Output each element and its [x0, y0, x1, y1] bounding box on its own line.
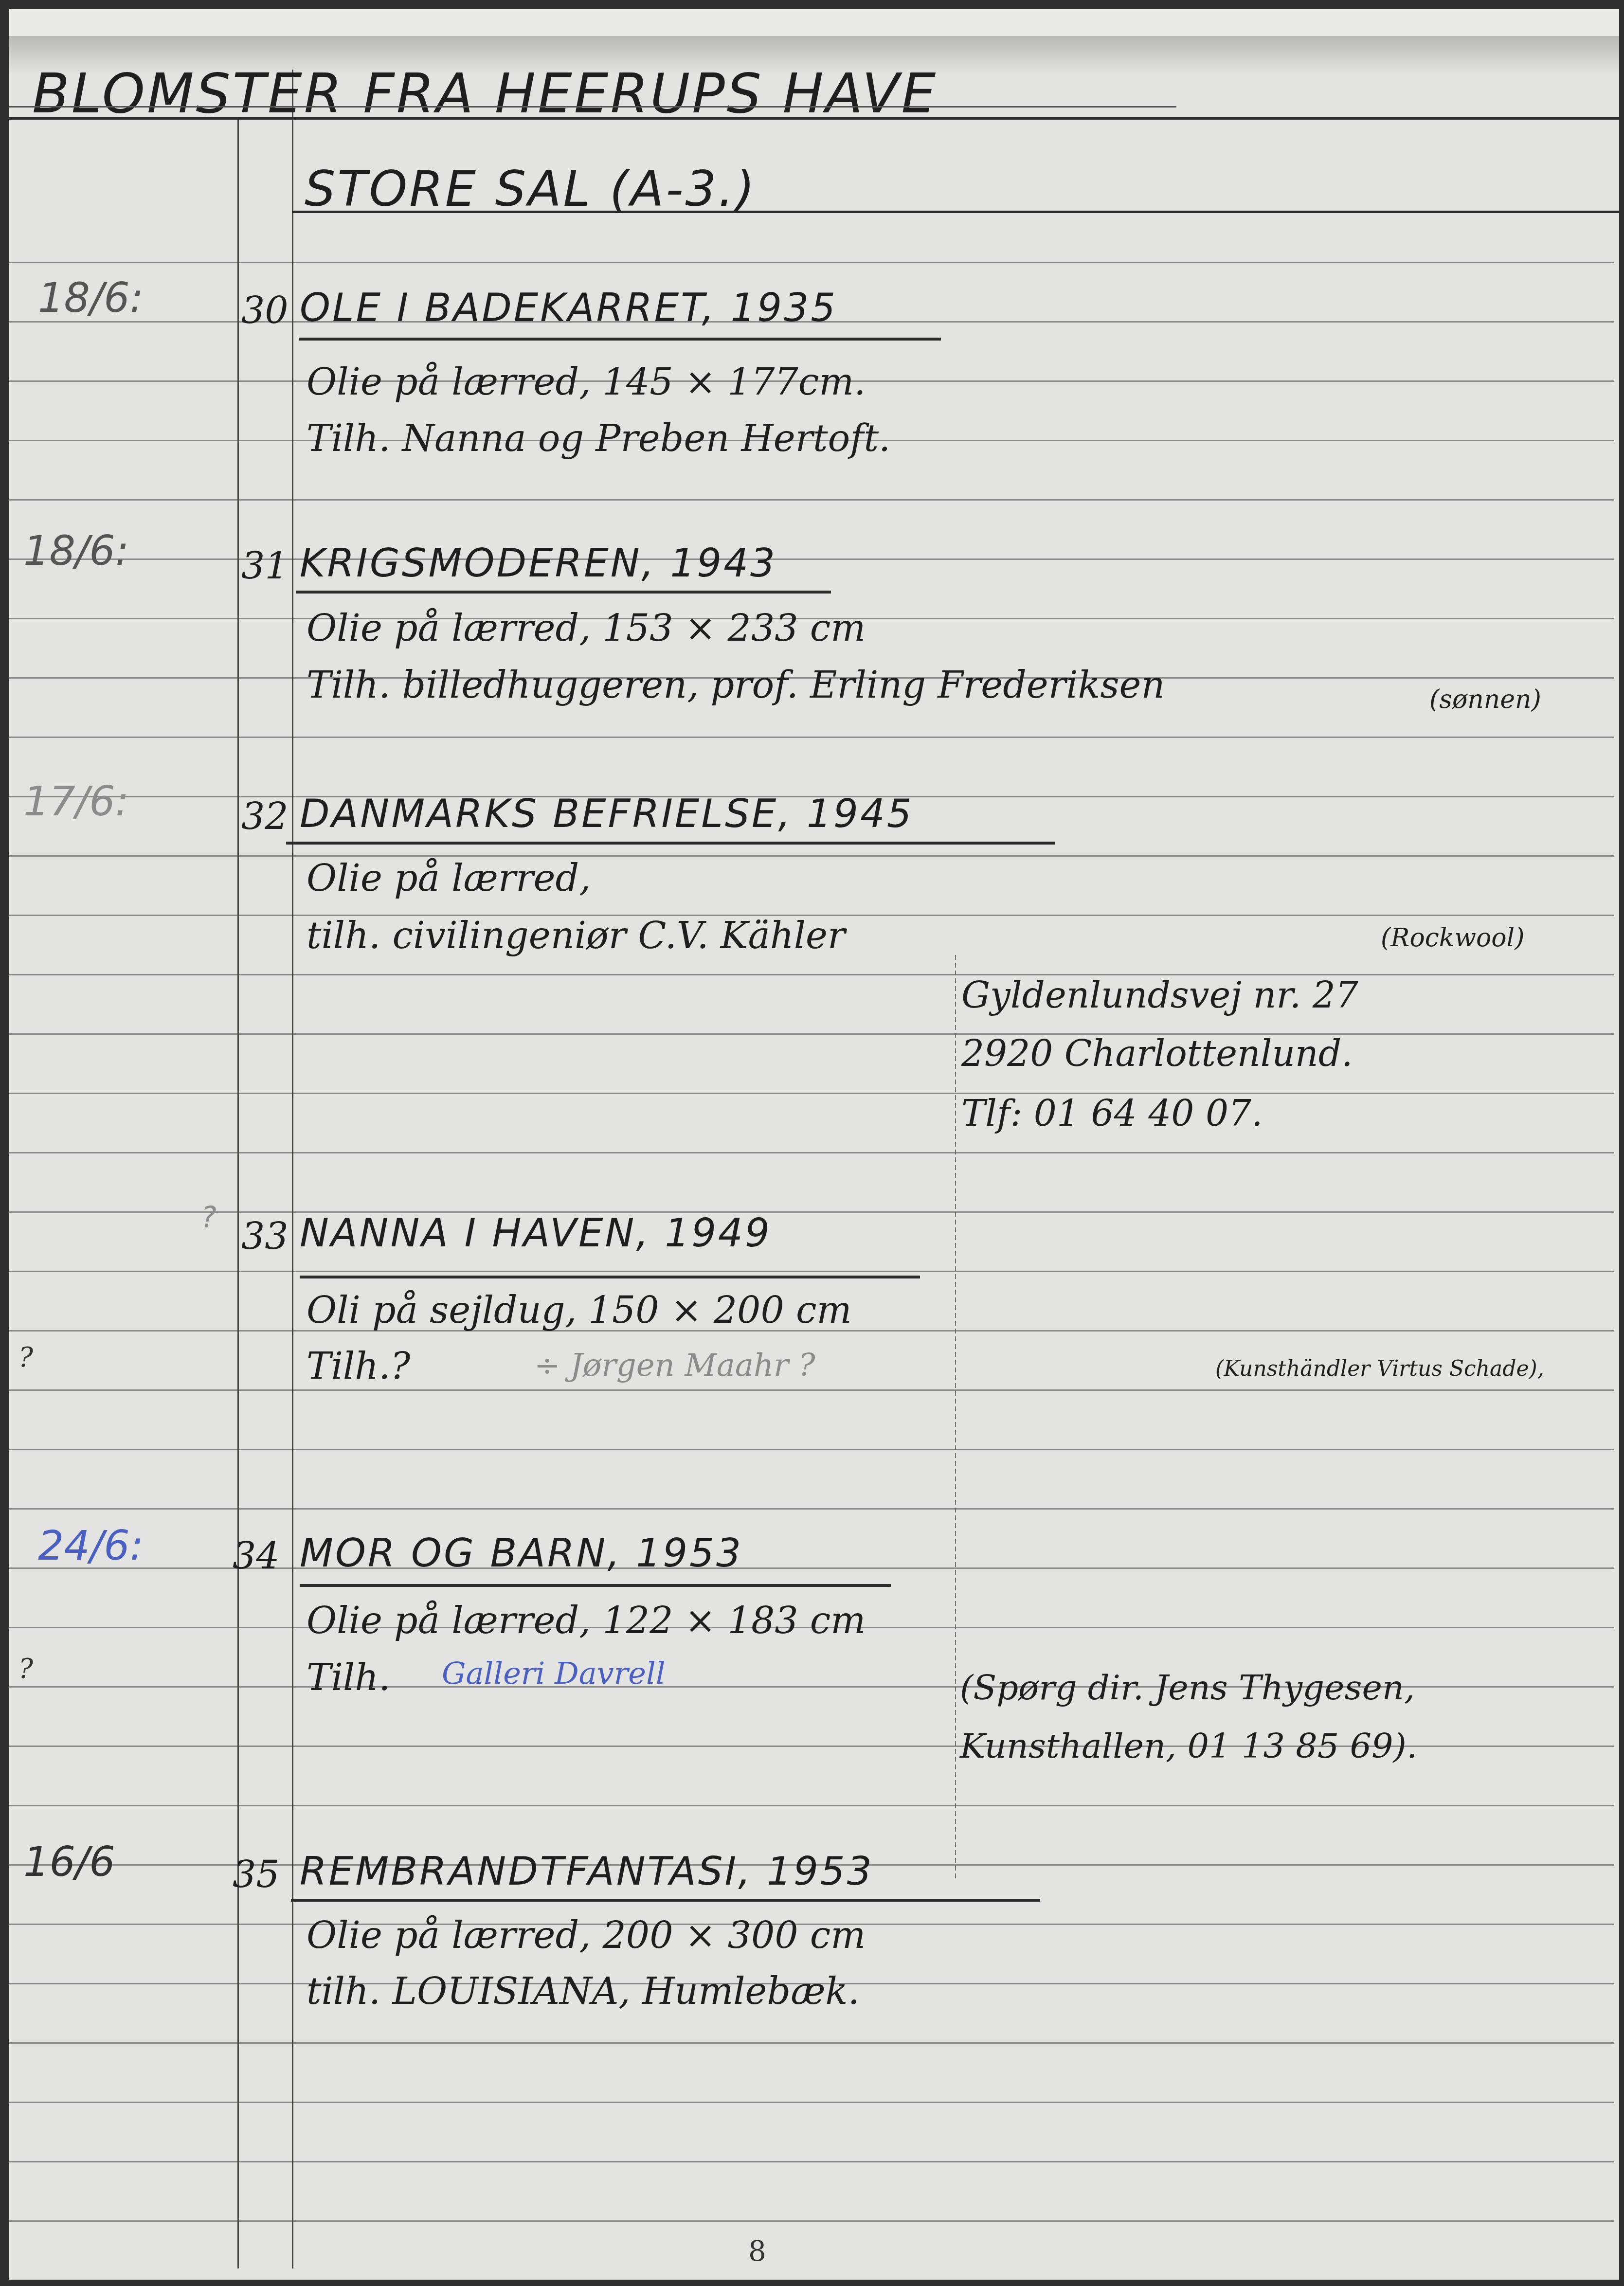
- side-note: (sønnen): [1429, 685, 1541, 714]
- artwork-medium: Oli på sejldug, 150 × 200 cm: [307, 1288, 852, 1332]
- artwork-medium: Olie på lærred,: [307, 856, 591, 900]
- page-top-margin: [9, 9, 1619, 36]
- section-underline: [292, 211, 1619, 213]
- address-phone: Tlf: 01 64 40 07.: [961, 1093, 1263, 1134]
- ruled-line: [9, 2161, 1614, 2162]
- artwork-title: MOR OG BARN, 1953: [300, 1530, 743, 1576]
- section-heading: STORE SAL (A-3.): [305, 161, 757, 217]
- side-note-line-2: Kunsthallen, 01 13 85 69).: [960, 1726, 1417, 1766]
- entry-date: 18/6:: [38, 274, 144, 322]
- ruled-line: [9, 2042, 1614, 2044]
- title-underline: [300, 1584, 891, 1587]
- entry-number: 30: [241, 288, 289, 332]
- pencil-note: ÷ Jørgen Maahr ?: [534, 1348, 815, 1384]
- number-column-divider: [292, 70, 293, 2268]
- entry-number: 33: [241, 1214, 289, 1258]
- heading-top-rule: [9, 106, 1176, 108]
- side-note: (Kunsthändler Virtus Schade),: [1215, 1356, 1544, 1381]
- artwork-title: DANMARKS BEFRIELSE, 1945: [300, 791, 914, 836]
- artwork-medium: Olie på lærred, 200 × 300 cm: [307, 1913, 866, 1957]
- ruled-line: [9, 1033, 1614, 1035]
- artwork-medium: Olie på lærred, 145 × 177cm.: [307, 360, 866, 403]
- entry-number: 35: [233, 1853, 280, 1896]
- artwork-medium: Olie på lærred, 122 × 183 cm: [307, 1599, 866, 1642]
- artwork-owner: Tilh. billedhuggeren, prof. Erling Frede…: [307, 663, 1165, 706]
- entry-number: 31: [241, 544, 289, 587]
- ledger-page: BLOMSTER FRA HEERUPS HAVE STORE SAL (A-3…: [9, 9, 1619, 2280]
- title-underline: [286, 842, 1055, 845]
- title-underline: [299, 338, 941, 341]
- ruled-line: [9, 1449, 1614, 1450]
- ruled-line: [9, 1271, 1614, 1272]
- artwork-owner: Tilh.: [307, 1656, 390, 1699]
- artwork-title: KRIGSMODEREN, 1943: [300, 540, 777, 586]
- ruled-line: [9, 262, 1614, 263]
- margin-question-mark: ?: [18, 1342, 33, 1373]
- ruled-line: [9, 1508, 1614, 1510]
- page-number: 8: [748, 2234, 766, 2268]
- heading-underline: [9, 117, 1619, 120]
- entry-date: 17/6:: [23, 777, 129, 825]
- title-underline: [296, 591, 831, 594]
- ruled-line: [9, 1389, 1614, 1391]
- margin-question-mark: ?: [18, 1653, 33, 1685]
- ruled-line: [9, 1093, 1614, 1094]
- artwork-medium: Olie på lærred, 153 × 233 cm: [307, 606, 866, 649]
- ruled-line: [9, 737, 1614, 738]
- title-underline: [300, 1276, 920, 1278]
- entry-date: 16/6: [23, 1838, 115, 1886]
- ruled-line: [9, 1805, 1614, 1806]
- ruled-line: [9, 499, 1614, 501]
- artwork-owner: Tilh. Nanna og Preben Hertoft.: [307, 416, 890, 460]
- ruled-line: [9, 1211, 1614, 1213]
- artwork-owner: tilh. civilingeniør C.V. Kähler: [307, 914, 845, 957]
- address-street: Gyldenlundsvej nr. 27: [961, 974, 1358, 1016]
- entry-date: 24/6:: [38, 1522, 144, 1569]
- ruled-line: [9, 1152, 1614, 1153]
- ruled-line: [9, 855, 1614, 857]
- entry-number: 34: [233, 1534, 280, 1577]
- artwork-owner: Tilh.?: [307, 1344, 410, 1387]
- date-column-divider: [237, 118, 239, 2268]
- artwork-title: OLE I BADEKARRET, 1935: [300, 285, 837, 330]
- entry-date: 18/6:: [23, 527, 129, 575]
- ruled-line: [9, 2102, 1614, 2103]
- owner-added-note: Galleri Davrell: [442, 1656, 666, 1691]
- side-note-line-1: (Spørg dir. Jens Thygesen,: [960, 1668, 1415, 1708]
- artwork-title: NANNA I HAVEN, 1949: [300, 1210, 772, 1256]
- side-note: (Rockwool): [1381, 923, 1524, 953]
- address-bracket-line: [955, 955, 956, 1879]
- entry-date: ?: [201, 1201, 217, 1235]
- title-underline: [291, 1899, 1040, 1902]
- address-city: 2920 Charlottenlund.: [961, 1033, 1353, 1075]
- ruled-line: [9, 2220, 1614, 2222]
- entry-number: 32: [241, 794, 289, 838]
- ruled-line: [9, 974, 1614, 975]
- document-heading: BLOMSTER FRA HEERUPS HAVE: [32, 62, 938, 126]
- artwork-owner: tilh. LOUISIANA, Humlebæk.: [307, 1969, 860, 2013]
- artwork-title: REMBRANDTFANTASI, 1953: [300, 1849, 874, 1894]
